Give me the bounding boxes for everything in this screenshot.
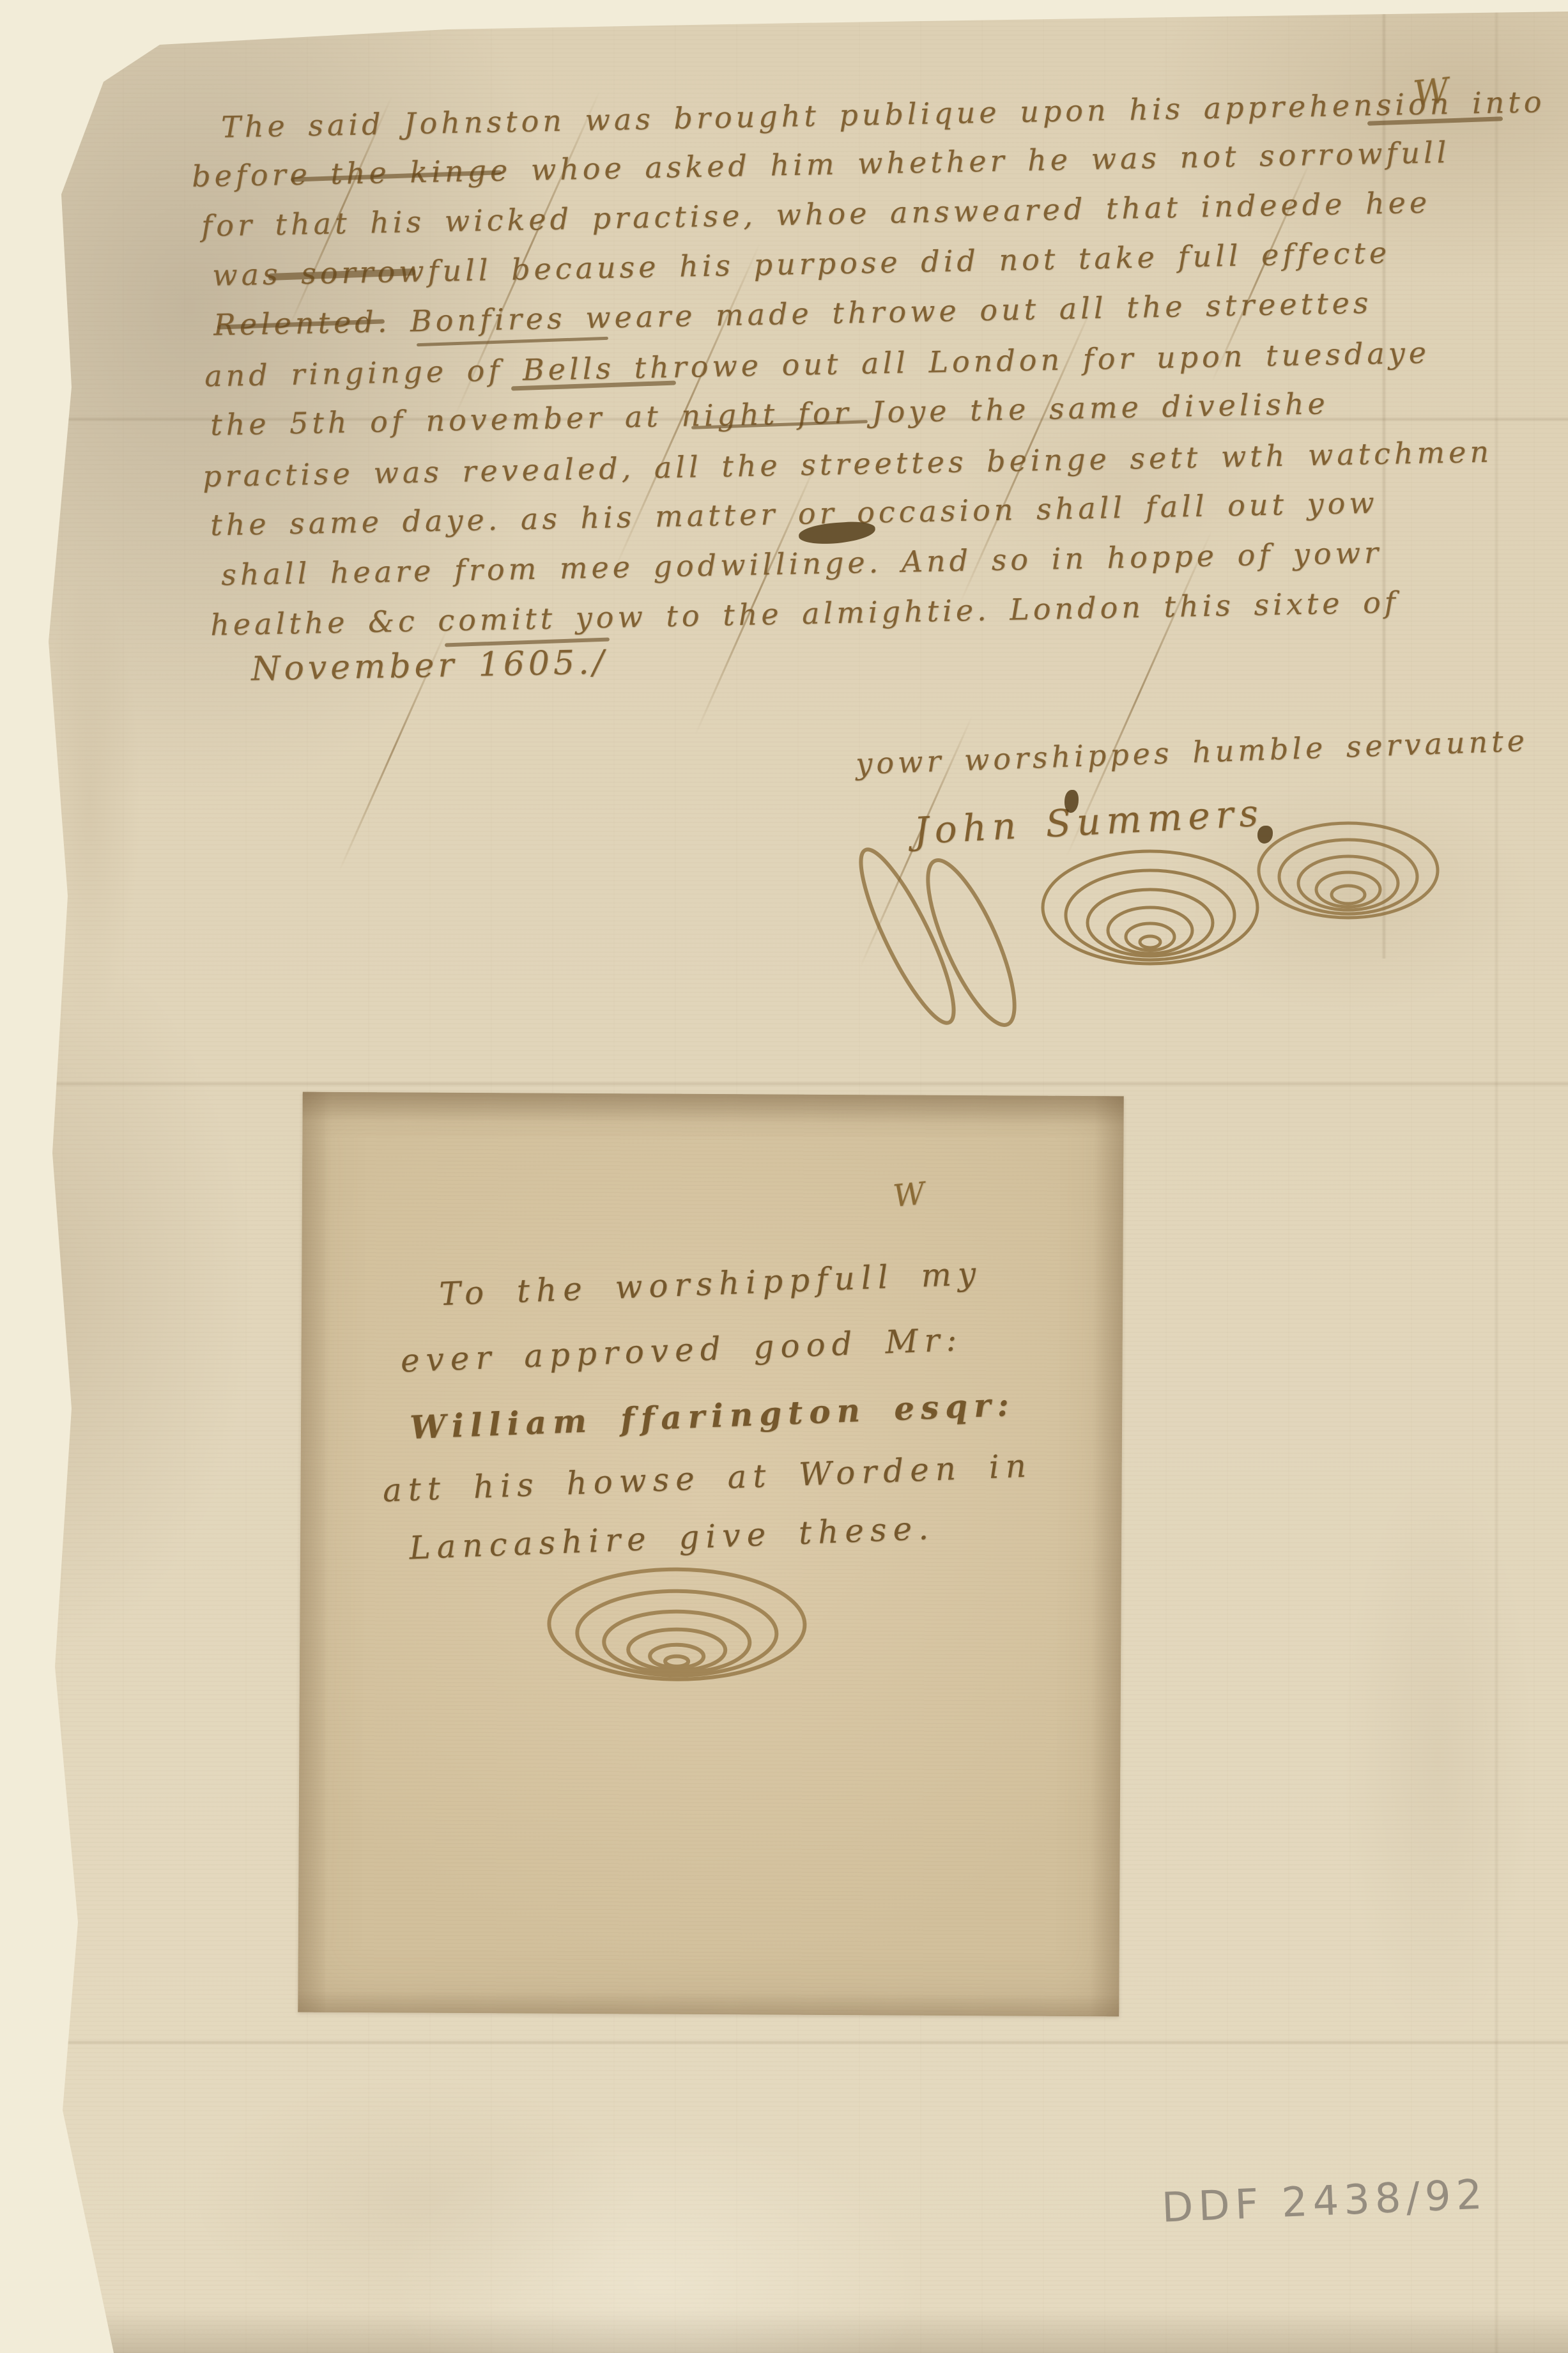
letter-line: healthe &c comitt yow to the almightie. … [210, 585, 1400, 642]
letter-line: practise was revealed, all the streettes… [203, 435, 1493, 494]
letter-line: the 5th of november at night for Joye th… [210, 386, 1329, 442]
address-line: William ffarington esqr: [409, 1385, 1016, 1446]
letter-line: Relented. Bonfires weare made throwe out… [213, 286, 1372, 343]
address-line: To the worshippfull my [438, 1255, 983, 1313]
address-panel: W To the worshippfull my ever approved g… [298, 1092, 1124, 2017]
ink-strikethrough [417, 337, 608, 346]
show-through-smudge [192, 2077, 639, 2320]
address-flourish-spiral [536, 1554, 818, 1721]
archive-reference-pencil: DDF 2438/92 [1161, 2171, 1488, 2232]
signature-flourish-spiral [1252, 812, 1444, 952]
letter-line: and ringinge of Bells throwe out all Lon… [204, 336, 1431, 394]
signature-flourish-spiral [1035, 837, 1265, 1003]
signature-flourish-loops [850, 831, 1041, 1042]
show-through-smudge [38, 575, 141, 1022]
address-line: att his howse at Worden in [382, 1447, 1033, 1509]
letter-line: before the kinge whoe asked him whether … [192, 135, 1450, 194]
fold-crease-vertical [1494, 0, 1499, 2353]
ink-blot [1257, 826, 1273, 844]
manuscript-page: W The said Johnston was brought publique… [0, 0, 1568, 2353]
letter-line: shall heare from mee godwillinge. And so… [221, 536, 1383, 592]
fold-crease-horizontal [0, 1081, 1568, 1086]
pen-flourish-mark: W [891, 1175, 930, 1214]
address-line: Lancashire give these. [408, 1509, 935, 1567]
letter-line: for that his wicked practise, whoe answe… [201, 185, 1431, 243]
show-through-smudge [1342, 1470, 1533, 2045]
letter-line: The said Johnston was brought publique u… [221, 84, 1546, 144]
letter-signature: John Summers [913, 791, 1265, 853]
scan-background: W The said Johnston was brought publique… [0, 0, 1568, 2353]
letter-line: was sorrowfull because his purpose did n… [212, 235, 1391, 292]
fold-crease-horizontal [0, 2040, 1568, 2045]
address-line: ever approved good Mr: [400, 1321, 964, 1380]
